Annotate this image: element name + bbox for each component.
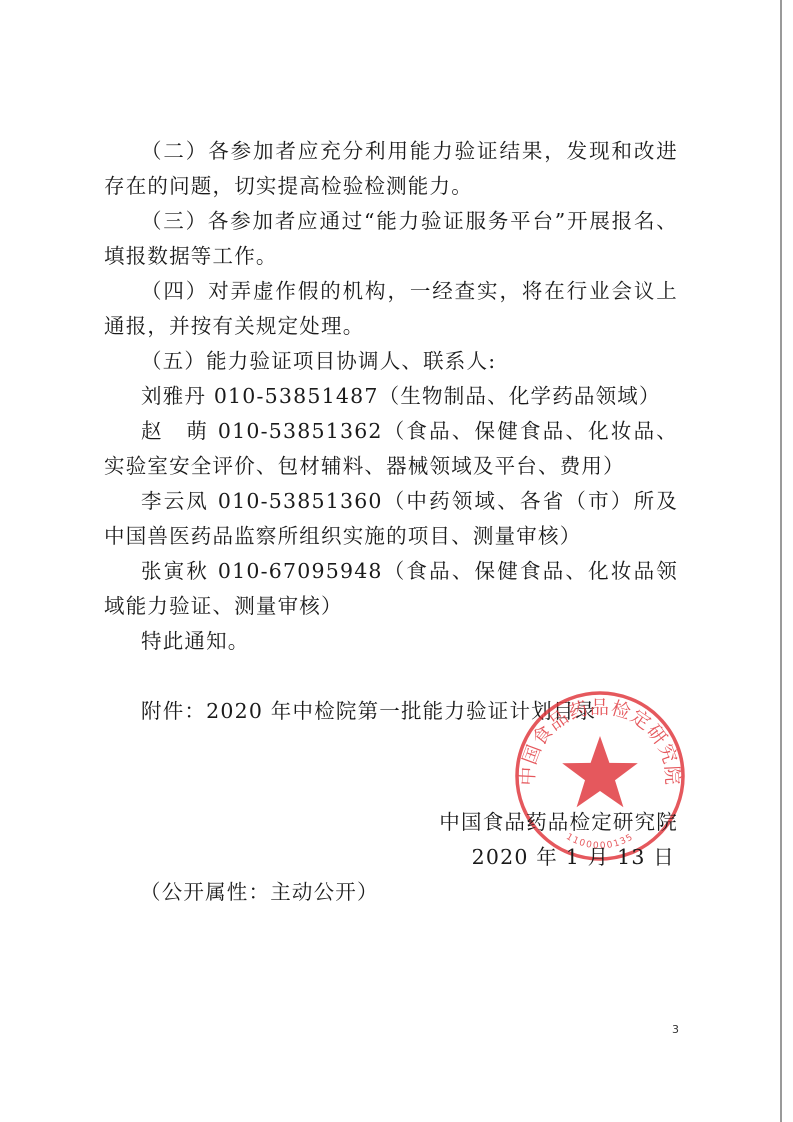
attachment-line: 附件：2020 年中检院第一批能力验证计划目录 — [104, 694, 678, 729]
star-icon — [562, 736, 638, 807]
paragraph-contacts-heading: （五）能力验证项目协调人、联系人: — [104, 344, 678, 379]
contact-li-yunfeng: 李云凤 010-53851360（中药领域、各省（市）所及中国兽医药品监察所组织… — [104, 484, 678, 554]
page-number: 3 — [672, 1023, 679, 1036]
contact-liu-yadan: 刘雅丹 010-53851487（生物制品、化学药品领域） — [104, 379, 678, 414]
document-body: （二）各参加者应充分利用能力验证结果，发现和改进存在的问题，切实提高检验检测能力… — [104, 134, 678, 729]
signature-date: 2020 年 1 月 13 日 — [472, 840, 675, 870]
closing-notice: 特此通知。 — [104, 624, 678, 659]
signature-organization: 中国食品药品检定研究院 — [439, 805, 678, 835]
paragraph-service-platform: （三）各参加者应通过“能力验证服务平台”开展报名、填报数据等工作。 — [104, 204, 678, 274]
page-edge-divider — [780, 0, 782, 1122]
contact-zhang-yinqiu: 张寅秋 010-67095948（食品、保健食品、化妆品领域能力验证、测量审核） — [104, 554, 678, 624]
disclosure-attribute: （公开属性：主动公开） — [140, 875, 379, 905]
paragraph-participants-use-results: （二）各参加者应充分利用能力验证结果，发现和改进存在的问题，切实提高检验检测能力… — [104, 134, 678, 204]
contact-zhao-meng: 赵 萌 010-53851362（食品、保健食品、化妆品、实验室安全评价、包材辅… — [104, 414, 678, 484]
spacer — [104, 659, 678, 694]
paragraph-fraud-handling: （四）对弄虚作假的机构，一经查实，将在行业会议上通报，并按有关规定处理。 — [104, 274, 678, 344]
